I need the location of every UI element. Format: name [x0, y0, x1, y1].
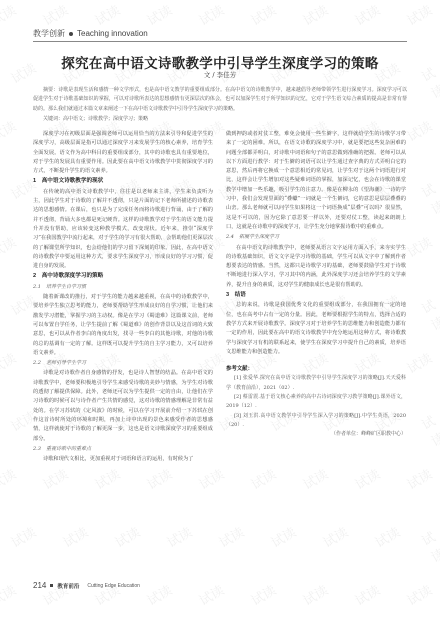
body-paragraph: 深度学习在初级层面是强调老师可以运用恰当的方法来引导和促进学生的深度学习，高级层… — [33, 130, 213, 176]
watermark-text: 试读 — [143, 0, 175, 29]
watermark-text: 试读 — [111, 522, 143, 551]
watermark-text: 试读 — [403, 232, 435, 261]
body-paragraph: 诗歌和现代文相比，更加重视对于词语和语言的运用，有时候为了 — [33, 455, 213, 464]
right-column: 做到押韵或者对仗工整，难免会使用一些生僻字，这样就给学生的诗歌学习带来了一定的困… — [226, 130, 406, 440]
watermark-text: 试读 — [403, 0, 435, 29]
subsection-heading: 2.1 培养学生自学习惯 — [33, 283, 213, 292]
watermark-text: 试读 — [351, 464, 383, 493]
page-footer: 214 教育前沿 Cutting Edge Education — [33, 581, 140, 590]
watermark-text: 试读 — [91, 0, 123, 29]
reference-item: [2] 蔡雷震.基于语文核心素养的高中古诗词深度学习教学策略[J].课外语文，2… — [226, 393, 406, 412]
author-affiliation: （作者单位：峰峰矿区职教中心） — [226, 430, 406, 439]
watermark-text: 试读 — [247, 464, 279, 493]
body-paragraph: 在传统的高中语文诗歌教学中，往往是以老师来主讲，学生来负责听为主，因此学生对于诗… — [33, 188, 213, 272]
watermark-text: 试读 — [215, 522, 247, 551]
watermark-text: 试读 — [0, 116, 19, 145]
section-heading: 2 高中诗歌深度学习的策略 — [33, 272, 213, 281]
watermark-text: 试读 — [371, 522, 403, 551]
section-heading: 1 高中语文诗歌教学的现状 — [33, 177, 213, 186]
watermark-text: 试读 — [403, 580, 435, 609]
watermark-text: 试读 — [39, 0, 71, 29]
watermark-text: 试读 — [195, 0, 227, 29]
section-label-en: Teaching innovation — [77, 29, 148, 38]
watermark-text: 试读 — [143, 464, 175, 493]
journal-name-en: Cutting Edge Education — [87, 583, 140, 589]
watermark-text: 试读 — [247, 580, 279, 609]
subsection-heading: 2.2 老师引导学生学习 — [33, 359, 213, 368]
body-paragraph: 诗歌是对诗歌作者自身感情的抒发，也是诗人智慧的结晶。在高中语文的诗歌教学中，老师… — [33, 369, 213, 443]
subsection-heading: 2.4 拓展学生深度学习 — [226, 233, 406, 242]
article-abstract: 摘要：诗歌是表现生活和感情一种文学形式，也是高中语文教学的重要组成部分。在高中语… — [33, 86, 407, 114]
journal-name-cn: 教育前沿 — [57, 582, 79, 590]
section-heading: 3 结语 — [226, 291, 406, 300]
watermark-text: 试读 — [143, 580, 175, 609]
left-column: 深度学习在初级层面是强调老师可以运用恰当的方法来引导和促进学生的深度学习，高级层… — [33, 130, 213, 464]
bullet-icon — [50, 584, 53, 587]
watermark-text: 试读 — [0, 232, 19, 261]
watermark-text: 试读 — [299, 464, 331, 493]
watermark-text: 试读 — [0, 0, 19, 29]
watermark-text: 试读 — [247, 0, 279, 29]
reference-item: [3] 刘玉洪.高中语文教学中引导学生深入学习的策略[J].中学生英语，2020… — [226, 412, 406, 431]
watermark-text: 试读 — [195, 580, 227, 609]
watermark-text: 试读 — [59, 522, 91, 551]
page-number: 214 — [33, 581, 46, 590]
subsection-heading: 2.3 重视诗歌中的重难点 — [33, 445, 213, 454]
reference-item: [1] 张爱华.探究在高中语文诗歌教学中引导学生深度学习的策略[J].天天爱科学… — [226, 374, 406, 393]
watermark-text: 试读 — [403, 116, 435, 145]
watermark-text: 试读 — [319, 522, 351, 551]
watermark-text: 试读 — [417, 178, 440, 218]
article-keywords: 关键词：高中语文；诗歌教学；深度学习；策略 — [43, 115, 148, 122]
watermark-text: 试读 — [0, 464, 19, 493]
watermark-text: 试读 — [163, 522, 195, 551]
article-author: 文 / 李佳芳 — [33, 70, 407, 79]
watermark-text: 试读 — [267, 522, 299, 551]
watermark-text: 试读 — [91, 464, 123, 493]
watermark-text: 试读 — [417, 62, 440, 102]
watermark-text: 试读 — [417, 410, 440, 450]
watermark-text: 试读 — [351, 0, 383, 29]
watermark-text: 试读 — [417, 294, 440, 334]
watermark-text: 试读 — [351, 580, 383, 609]
section-label-cn: 教学创新 — [33, 28, 65, 39]
body-paragraph: 总的来说，诗歌是我国优秀文化的重要组成部分，在我国拥有一定的地位，也在高考中占有… — [226, 301, 406, 357]
bullet-icon — [69, 32, 73, 36]
watermark-text: 试读 — [417, 526, 440, 566]
body-paragraph: 做到押韵或者对仗工整，难免会使用一些生僻字，这样就给学生的诗歌学习带来了一定的困… — [226, 130, 406, 232]
watermark-text: 试读 — [0, 580, 19, 609]
watermark-text: 试读 — [403, 348, 435, 377]
body-paragraph: 随着新课改的推行，对于学生的能力越来越重视，在高中的诗歌教学中，要培养学生独立思… — [33, 293, 213, 358]
body-paragraph: 在高中语文的诗歌教学中，老师要从语言文字运用方面入手，来夯实学生的诗歌基础知识，… — [226, 244, 406, 290]
header-divider — [33, 41, 407, 42]
watermark-text: 试读 — [39, 464, 71, 493]
watermark-text: 试读 — [403, 464, 435, 493]
watermark-text: 试读 — [195, 464, 227, 493]
watermark-text: 试读 — [7, 522, 39, 551]
references-title: 参考文献： — [226, 365, 406, 374]
watermark-text: 试读 — [0, 348, 19, 377]
watermark-text: 试读 — [299, 580, 331, 609]
watermark-text: 试读 — [299, 0, 331, 29]
article-title: 探究在高中语文诗歌教学中引导学生深度学习的策略 — [33, 52, 407, 72]
running-header: 教学创新 Teaching innovation — [33, 28, 148, 39]
